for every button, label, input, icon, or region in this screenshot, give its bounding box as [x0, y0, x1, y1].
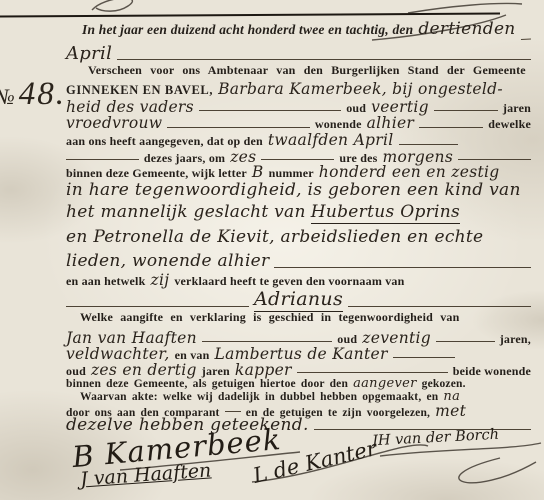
blank-line	[202, 331, 332, 342]
line-father-indisposed-age: heid des vadersoudveertigjaren	[66, 98, 531, 114]
printed-text: wonende	[315, 117, 362, 132]
registrar-signature-flourish	[380, 443, 541, 456]
printed-text: jaren,	[500, 332, 531, 347]
line-child-sex-father: het mannelijk geslacht vanHubertus Oprin…	[66, 202, 531, 227]
printed-text: dezes jaars, om	[144, 151, 225, 166]
line-child-name: Adrianus	[66, 288, 531, 310]
printed-text: dewelke	[488, 117, 531, 132]
handwritten-text: twaalfden April	[268, 131, 394, 149]
handwritten-text: April	[66, 43, 112, 64]
act-number-value: 48.	[19, 76, 66, 112]
printed-text: jaren	[202, 364, 230, 379]
line-year-date: In het jaar een duizend acht honderd twe…	[66, 19, 531, 43]
blank-line	[274, 257, 531, 268]
signature-witness1: J van Haaften	[79, 459, 212, 490]
blank-line	[434, 100, 498, 111]
printed-text: Waarvan akte: welke wij dadelijk in dubb…	[80, 391, 438, 403]
blank-line	[393, 347, 455, 358]
line-birth-address: binnen deze Gemeente, wijk letterBnummer…	[66, 163, 531, 180]
line-appeared: Verscheen voor ons Ambtenaar van den Bur…	[66, 63, 531, 80]
line-born-in-presence: in hare tegenwoordigheid, is geboren een…	[66, 180, 531, 202]
printed-text: jaren	[503, 101, 531, 116]
printed-text: nummer	[269, 166, 314, 181]
line-mother-name: en Petronella de Kievit, arbeidslieden e…	[66, 227, 531, 251]
blank-line	[520, 28, 531, 40]
line-witness-intro: Welke aangifte en verklaring is geschied…	[66, 310, 531, 329]
printed-text: en aan hetwelk	[66, 274, 145, 289]
printed-text: Welke aangifte en verklaring is geschied…	[80, 310, 459, 325]
line-witness1-name-age: Jan van Haaftenoudzeventigjaren,	[66, 329, 531, 345]
registrar-signature-loop	[459, 458, 536, 483]
blank-line	[348, 296, 531, 307]
blank-line	[436, 331, 495, 342]
printed-text: oud	[346, 101, 366, 116]
signature-witness2: L de Kanter	[251, 436, 379, 488]
birth-certificate-scan: № 48. In het jaar een duizend acht honde…	[0, 0, 544, 500]
handwritten-text: Hubertus Oprins	[311, 202, 460, 224]
line-witnesses-residence: binnen deze Gemeente, als getuigen hiert…	[66, 376, 531, 389]
handwritten-text: Barbara Kamerbeek, bij ongesteld-	[218, 80, 503, 98]
handwritten-text: Adrianus	[254, 288, 343, 312]
handwritten-text: aangever	[353, 376, 417, 391]
handwritten-text: vroedvrouw	[66, 114, 162, 132]
declarant-signature-underline	[120, 452, 300, 470]
blank-line	[399, 134, 459, 145]
blank-line	[117, 49, 531, 60]
blank-line	[261, 149, 334, 160]
blank-line	[225, 401, 241, 412]
line-municipality-declarant: GINNEKEN EN BAVEL,Barbara Kamerbeek, bij…	[66, 80, 531, 98]
blank-line	[314, 419, 531, 430]
handwritten-text: dezelve hebben geteekend.	[66, 415, 309, 435]
printed-text: Verscheen voor ons Ambtenaar van den Bur…	[88, 63, 526, 78]
document-body: In het jaar een duizend acht honderd twe…	[66, 19, 531, 433]
printed-text: GINNEKEN EN BAVEL,	[66, 83, 213, 98]
blank-line	[297, 362, 448, 373]
blank-line	[419, 117, 483, 128]
handwritten-text: honderd een en zestig	[319, 163, 500, 181]
handwritten-text: zes en dertig	[91, 361, 197, 379]
line-name-declaration: en aan hetwelkzijverklaard heeft te geve…	[66, 271, 531, 288]
line-couple-residence: lieden, wonende alhier	[66, 251, 531, 271]
witness2-signature-swash	[252, 445, 428, 482]
blank-line	[167, 117, 310, 128]
line-month: April	[66, 43, 531, 63]
line-declared-birthdate: aan ons heeft aangegeven, dat op dentwaa…	[66, 131, 531, 148]
act-number: № 48.	[0, 76, 66, 113]
top-horizontal-rule	[0, 12, 500, 17]
blank-line	[458, 149, 531, 160]
handwritten-text: lieden, wonende alhier	[66, 251, 269, 271]
printed-text: oud	[66, 364, 86, 379]
handwritten-text: zij	[150, 271, 169, 289]
handwritten-text: dertienden	[418, 19, 515, 39]
handwritten-text: in hare tegenwoordigheid, is geboren een…	[66, 180, 521, 200]
top-edge-handwriting-remnant	[408, 3, 522, 13]
printed-text: In het jaar een duizend acht honderd twe…	[82, 22, 413, 38]
printed-text: aan ons heeft aangegeven, dat op den	[66, 134, 263, 149]
handwritten-text: het mannelijk geslacht van	[66, 202, 306, 222]
top-edge-handwriting-remnant	[92, 0, 132, 11]
line-witness2-age-profession: oudzes en dertigjarenkapperbeide wonende	[66, 361, 531, 376]
handwritten-text: alhier	[367, 114, 415, 132]
handwritten-text: en Petronella de Kievit, arbeidslieden e…	[66, 227, 483, 247]
handwritten-text: met	[435, 402, 466, 420]
act-number-prefix: №	[0, 84, 15, 109]
printed-text: binnen deze Gemeente, als getuigen hiert…	[66, 378, 348, 390]
line-deed-drawn-up: Waarvan akte: welke wij dadelijk in dubb…	[66, 389, 531, 402]
line-read-aloud: door ons aan den comparanten de getuigen…	[66, 402, 531, 415]
handwritten-text: B	[252, 163, 264, 181]
printed-text: verklaard heeft te geven den voornaam va…	[174, 274, 404, 289]
blank-line	[66, 296, 249, 307]
printed-text: binnen deze Gemeente, wijk letter	[66, 166, 247, 181]
printed-text: beide wonende	[453, 364, 531, 379]
line-profession-residence: vroedvrouwwonendealhierdewelke	[66, 114, 531, 131]
line-birth-time: dezes jaars, omzesure desmorgens	[66, 148, 531, 163]
blank-line	[66, 149, 139, 160]
blank-line	[199, 100, 341, 111]
handwritten-text: kapper	[235, 361, 292, 379]
line-witness1-profession-witness2: veldwachter,en vanLambertus de Kanter	[66, 345, 531, 361]
